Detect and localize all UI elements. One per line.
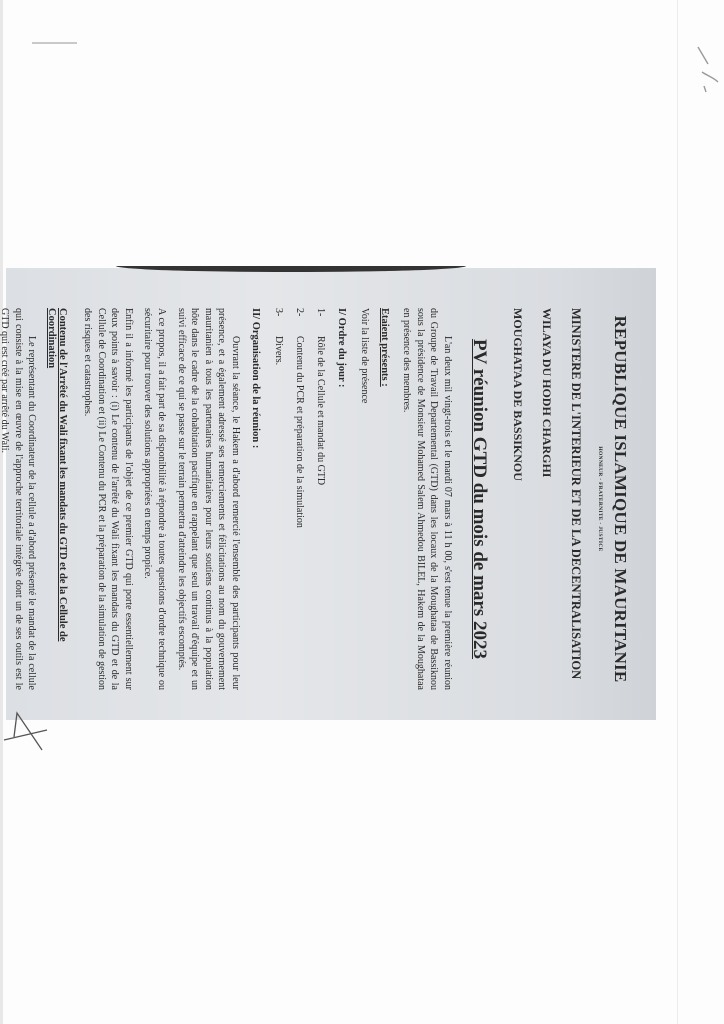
agenda-item-number: 1-: [315, 308, 326, 336]
ministry-heading: MINISTERE DE L'INTERIEUR ET DE LA DECENT…: [568, 308, 583, 690]
wilaya-heading: WILAYA DU HODH CHARGHI: [539, 308, 554, 690]
intro-paragraph: L'an deux mil vingt-trois et le mardi 07…: [400, 308, 454, 690]
organisation-paragraph: Enfin il a informé les participants de l…: [81, 308, 135, 690]
organisation-paragraph: Ouvrant la séance, le Hakem a d'abord re…: [174, 308, 242, 690]
agenda-item: 1- Rôle de la Cellule et mandat du GTD: [315, 308, 326, 690]
arrete-paragraph: Le représentant du Coordinateur de la ce…: [0, 308, 39, 690]
presents-text: Voir la liste de présence: [357, 308, 371, 690]
agenda-item: 2- Contenu du PCR et préparation de la s…: [294, 308, 305, 690]
presents-heading: Etaient présents :: [379, 308, 390, 690]
agenda-item: 3- Divers.: [273, 308, 284, 690]
document-title: PV réunion GTD du mois de mars 2023: [468, 308, 490, 690]
agenda-item-text: Divers.: [273, 336, 284, 365]
country-heading: REPUBLIQUE ISLAMIQUE DE MAURITANIE: [610, 308, 630, 690]
handwritten-mark-icon: [690, 42, 720, 102]
agenda-item-number: 3-: [273, 308, 284, 336]
scan-corner-mark: [32, 42, 77, 44]
agenda-heading: I/ Ordre du jour :: [336, 308, 347, 690]
organisation-paragraph: A ce propos, il a fait part de sa dispon…: [141, 308, 168, 690]
national-motto: HONNEUR - FRATERNITE - JUSTICE: [597, 308, 603, 690]
document-page: REPUBLIQUE ISLAMIQUE DE MAURITANIE HONNE…: [6, 268, 656, 720]
agenda-item-text: Rôle de la Cellule et mandat du GTD: [315, 336, 326, 485]
organisation-heading: II/ Organisation de la réunion :: [250, 308, 261, 690]
arrete-heading: Contenu de l'Arrêté du Wali fixant les m…: [47, 308, 69, 690]
moughataa-heading: MOUGHATAA DE BASSIKNOU: [510, 308, 525, 690]
agenda-item-text: Contenu du PCR et préparation de la simu…: [294, 336, 305, 528]
agenda-item-number: 2-: [294, 308, 305, 336]
scan-artifact-line: [677, 0, 678, 1024]
